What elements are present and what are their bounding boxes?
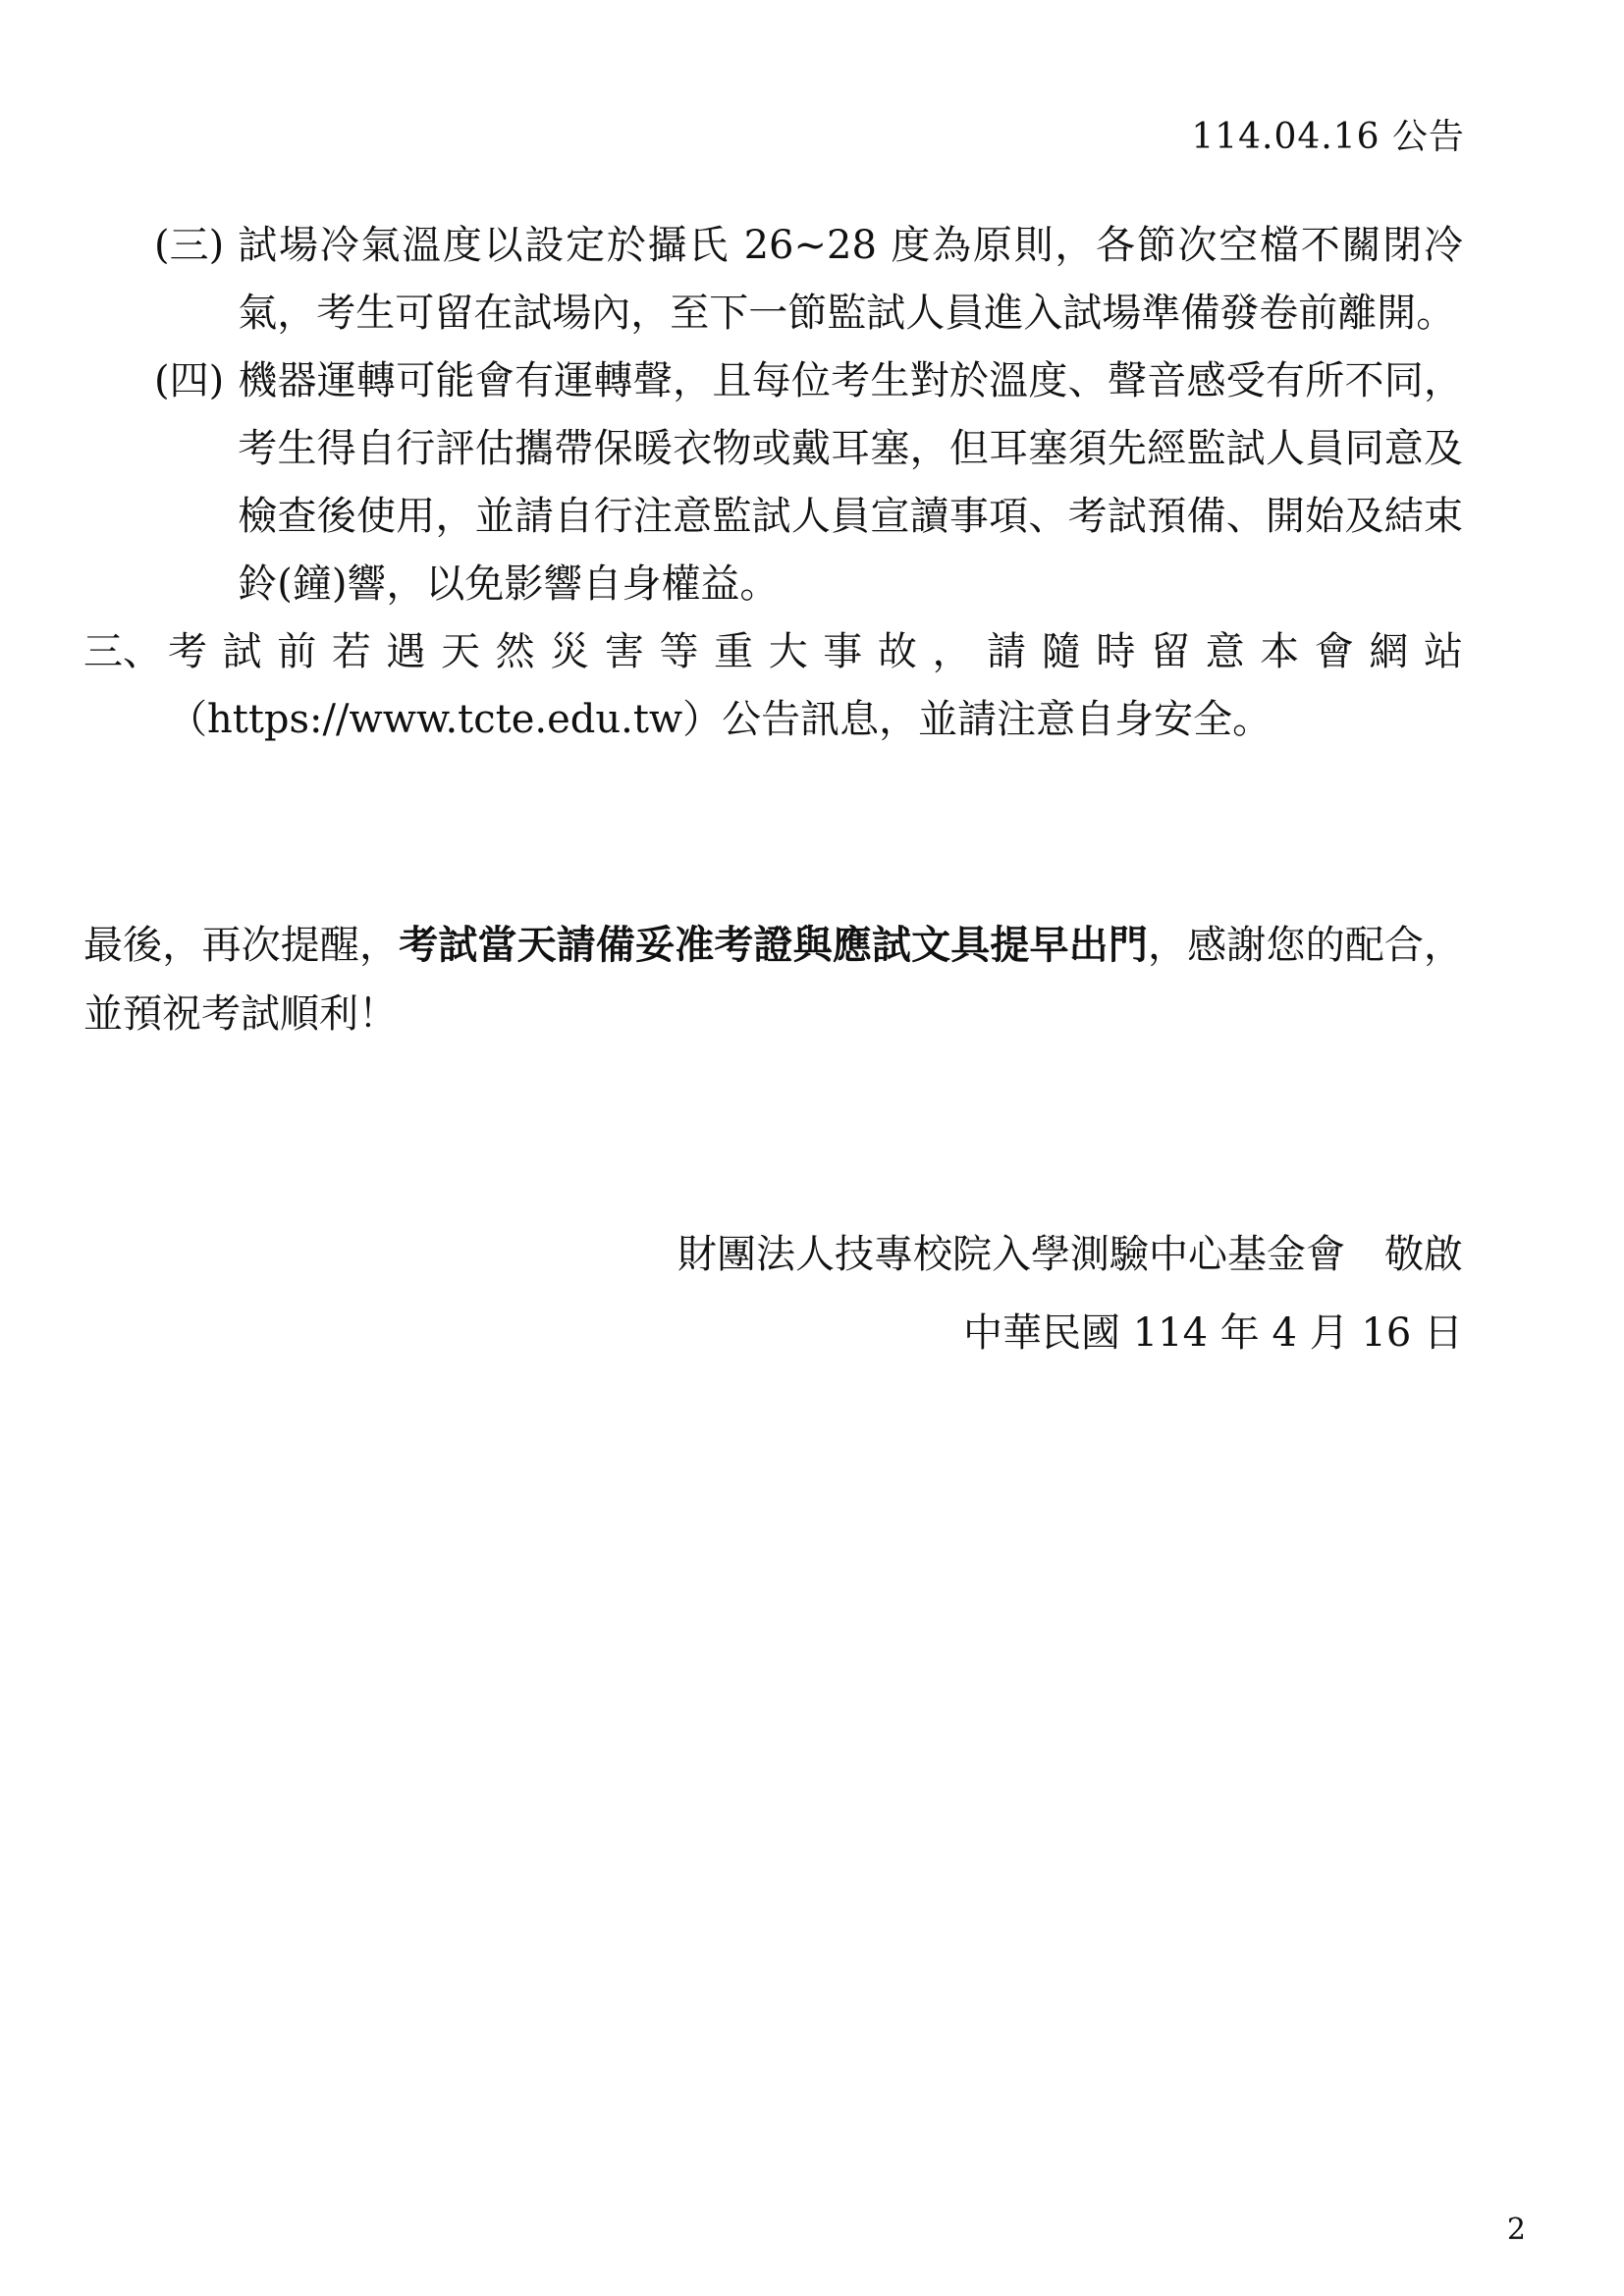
closing-lead-text: 最後，再次提醒， (83, 923, 399, 968)
list-item-text: 機器運轉可能會有運轉聲，且每位考生對於溫度、聲音感受有所不同，考生得自行評估攜帶… (238, 347, 1463, 618)
website-url-text: https://www.tcte.edu.tw (207, 697, 682, 742)
list-item-marker: (三) (154, 212, 238, 280)
closing-emphasis-text: 考試當天請備妥准考證與應試文具提早出門 (399, 922, 1148, 968)
list-item-marker: (四) (154, 347, 238, 415)
signature-block: 財團法人技專校院入學測驗中心基金會 敬啟 中華民國 114 年 4 月 16 日 (83, 1215, 1463, 1372)
page-number: 2 (1507, 2216, 1526, 2245)
document-page: 114.04.16 公告 (三) 試場冷氣溫度以設定於攝氏 26~28 度為原則… (0, 0, 1624, 2296)
list-item: (三) 試場冷氣溫度以設定於攝氏 26~28 度為原則，各節次空檔不關閉冷氣，考… (154, 212, 1463, 347)
signature-date: 中華民國 114 年 4 月 16 日 (83, 1294, 1463, 1372)
signature-organization: 財團法人技專校院入學測驗中心基金會 敬啟 (83, 1215, 1463, 1294)
section-text-after-link: ）公告訊息，並請注意自身安全。 (682, 697, 1272, 742)
list-item-text: 考試前若遇天然災害等重大事故，請隨時留意本會網站（https://www.tct… (168, 618, 1463, 754)
list-item: (四) 機器運轉可能會有運轉聲，且每位考生對於溫度、聲音感受有所不同，考生得自行… (154, 347, 1463, 618)
list-item-section-three: 三、 考試前若遇天然災害等重大事故，請隨時留意本會網站（https://www.… (83, 618, 1463, 754)
list-item-text: 試場冷氣溫度以設定於攝氏 26~28 度為原則，各節次空檔不關閉冷氣，考生可留在… (238, 212, 1463, 347)
document-body: (三) 試場冷氣溫度以設定於攝氏 26~28 度為原則，各節次空檔不關閉冷氣，考… (83, 212, 1463, 1372)
announcement-date: 114.04.16 公告 (0, 118, 1465, 157)
closing-paragraph: 最後，再次提醒，考試當天請備妥准考證與應試文具提早出門，感謝您的配合，並預祝考試… (83, 911, 1463, 1048)
sub-item-list: (三) 試場冷氣溫度以設定於攝氏 26~28 度為原則，各節次空檔不關閉冷氣，考… (154, 212, 1463, 618)
list-item-marker: 三、 (83, 618, 168, 686)
